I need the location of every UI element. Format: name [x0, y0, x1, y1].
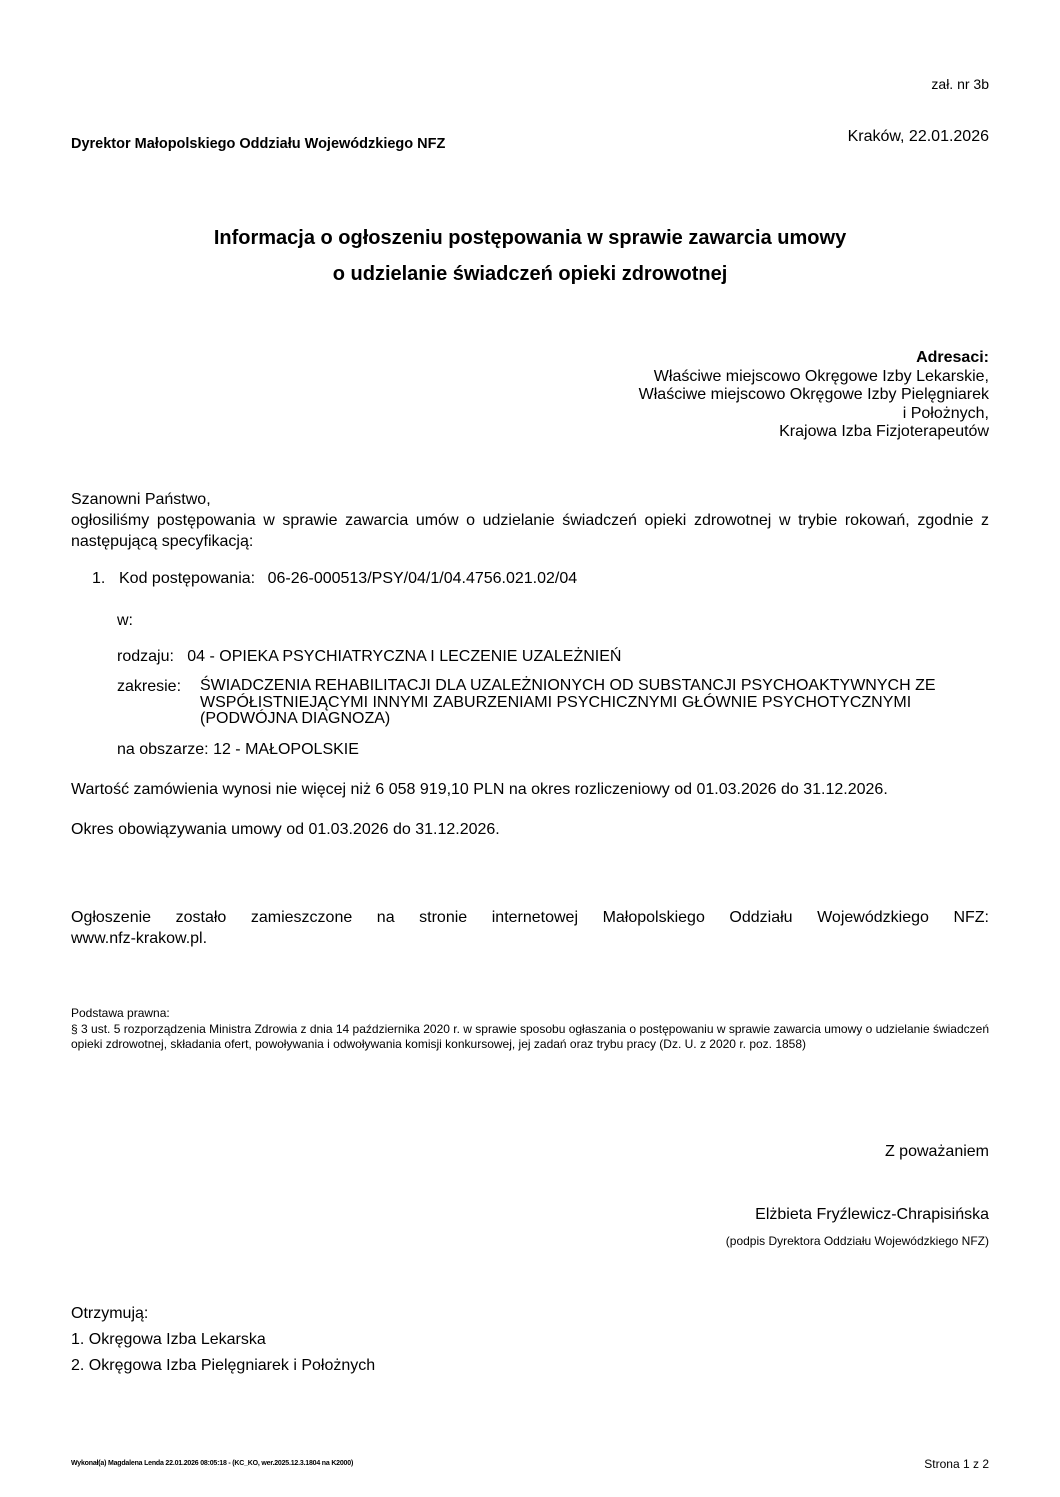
addressees-block: Adresaci: Właściwe miejscowo Okręgowe Iz…: [639, 349, 989, 442]
area-value: 12 - MAŁOPOLSKIE: [213, 741, 359, 758]
document-title: Informacja o ogłoszeniu postępowania w s…: [0, 220, 1060, 292]
legal-basis-heading: Podstawa prawna:: [71, 1006, 989, 1022]
addressee-line: i Położnych,: [639, 405, 989, 424]
page-number: Strona 1 z 2: [924, 1457, 989, 1471]
order-value: Wartość zamówienia wynosi nie więcej niż…: [71, 781, 888, 799]
sender: Dyrektor Małopolskiego Oddziału Wojewódz…: [71, 136, 445, 152]
footer-prepared-by: Wykonał(a) Magdalena Lenda 22.01.2026 08…: [71, 1460, 353, 1467]
legal-basis: Podstawa prawna: § 3 ust. 5 rozporządzen…: [71, 1006, 989, 1053]
title-line-1: Informacja o ogłoszeniu postępowania w s…: [0, 220, 1060, 256]
type-label: rodzaju:: [117, 648, 174, 665]
signature-caption: (podpis Dyrektora Oddziału Wojewódzkiego…: [726, 1234, 989, 1248]
legal-basis-text: § 3 ust. 5 rozporządzenia Ministra Zdrow…: [71, 1022, 989, 1053]
proceeding-code-row: 1.Kod postępowania: 06-26-000513/PSY/04/…: [92, 570, 577, 588]
intro-paragraph: ogłosiliśmy postępowania w sprawie zawar…: [71, 510, 989, 552]
announcement-paragraph: Ogłoszenie zostało zamieszczone na stron…: [71, 907, 989, 949]
scope-value: ŚWIADCZENIA REHABILITACJI DLA UZALEŻNION…: [200, 678, 970, 728]
addressee-line: Właściwe miejscowo Okręgowe Izby Lekarsk…: [639, 368, 989, 387]
scope-label: zakresie:: [117, 678, 200, 728]
area-row: na obszarze: 12 - MAŁOPOLSKIE: [117, 741, 359, 759]
attachment-number: zał. nr 3b: [931, 76, 989, 92]
city-date: Kraków, 22.01.2026: [848, 128, 989, 146]
recipient-item: 2. Okręgowa Izba Pielęgniarek i Położnyc…: [71, 1353, 375, 1379]
contract-period: Okres obowiązywania umowy od 01.03.2026 …: [71, 821, 500, 839]
scope-row: zakresie: ŚWIADCZENIA REHABILITACJI DLA …: [117, 678, 970, 728]
type-row: rodzaju: 04 - OPIEKA PSYCHIATRYCZNA I LE…: [117, 648, 621, 666]
area-label: na obszarze:: [117, 741, 209, 758]
title-line-2: o udzielanie świadczeń opieki zdrowotnej: [0, 256, 1060, 292]
greeting-block: Szanowni Państwo, ogłosiliśmy postępowan…: [71, 489, 989, 552]
recipients-block: Otrzymują: 1. Okręgowa Izba Lekarska 2. …: [71, 1301, 375, 1379]
proceeding-code: 06-26-000513/PSY/04/1/04.4756.021.02/04: [268, 570, 578, 587]
announcement-url[interactable]: www.nfz-krakow.pl.: [71, 928, 989, 949]
addressee-line: Właściwe miejscowo Okręgowe Izby Pielęgn…: [639, 386, 989, 405]
w-label: w:: [117, 612, 133, 630]
greeting: Szanowni Państwo,: [71, 489, 989, 510]
recipients-heading: Otrzymują:: [71, 1301, 375, 1327]
announcement-text: Ogłoszenie zostało zamieszczone na stron…: [71, 909, 989, 926]
addressees-heading: Adresaci:: [639, 349, 989, 368]
code-label: Kod postępowania:: [119, 570, 255, 587]
recipient-item: 1. Okręgowa Izba Lekarska: [71, 1327, 375, 1353]
closing-regards: Z poważaniem: [885, 1143, 989, 1161]
type-value: 04 - OPIEKA PSYCHIATRYCZNA I LECZENIE UZ…: [187, 648, 621, 665]
list-number: 1.: [92, 570, 119, 588]
addressee-line: Krajowa Izba Fizjoterapeutów: [639, 423, 989, 442]
signer-name: Elżbieta Fryźlewicz-Chrapisińska: [755, 1206, 989, 1224]
